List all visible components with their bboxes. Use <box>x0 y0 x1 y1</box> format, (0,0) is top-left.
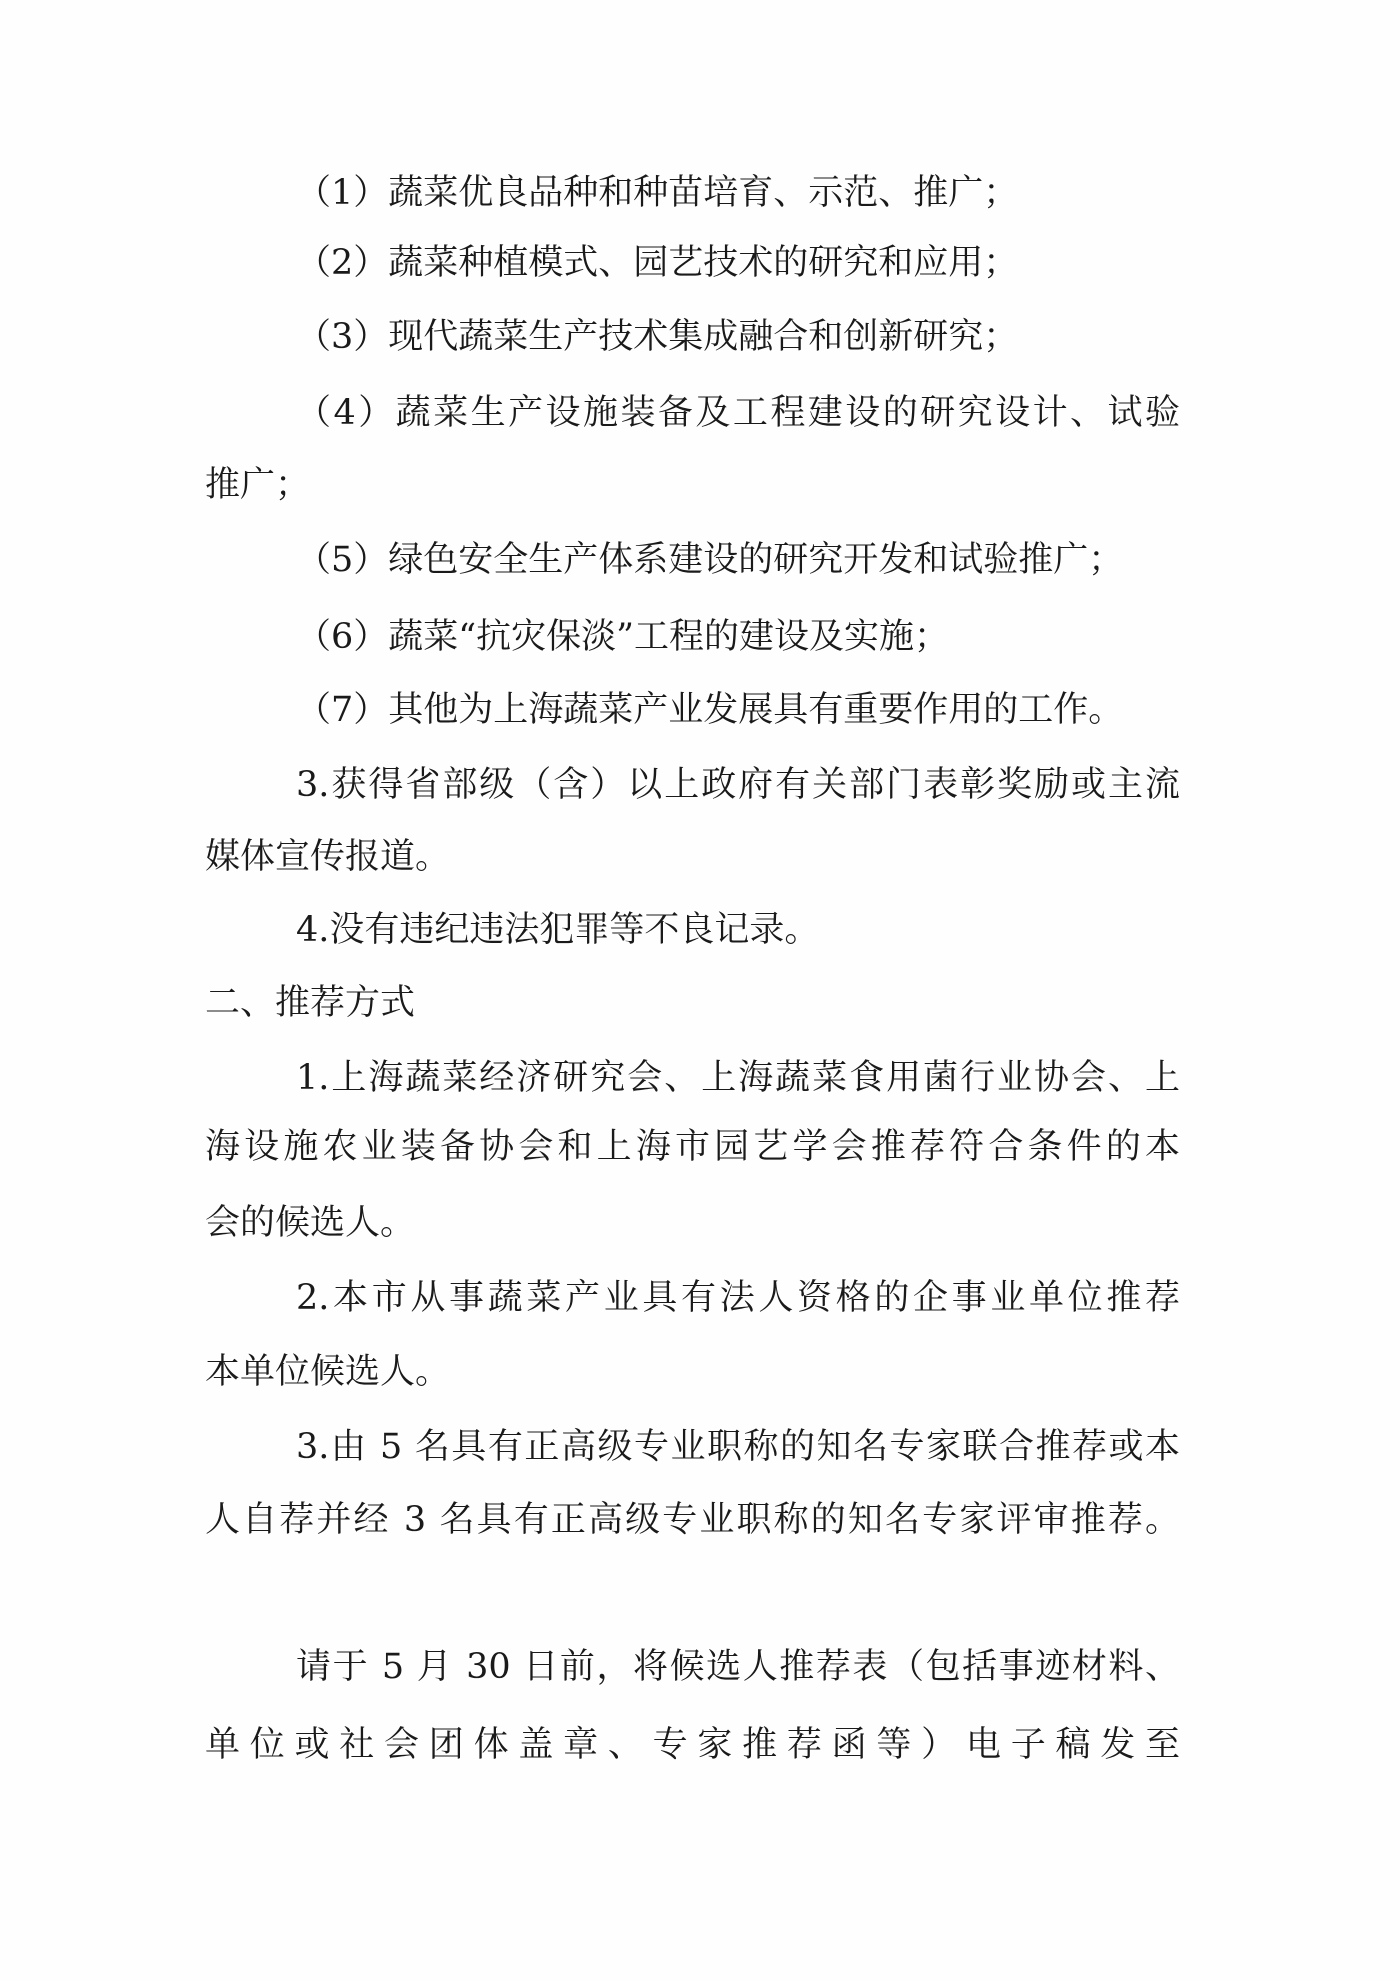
section-heading-recommendation: 二、推荐方式 <box>205 978 1180 1028</box>
condition-4: 4.没有违纪违法犯罪等不良记录。 <box>296 905 1180 955</box>
submission-line2: 单位或社会团体盖章、专家推荐函等）电子稿发至 <box>205 1720 1180 1770</box>
method-2-line1: 2.本市从事蔬菜产业具有法人资格的企事业单位推荐 <box>296 1273 1180 1323</box>
list-item-7: （7）其他为上海蔬菜产业发展具有重要作用的工作。 <box>296 685 1180 735</box>
list-item-3: （3）现代蔬菜生产技术集成融合和创新研究； <box>296 312 1180 362</box>
method-2-line2: 本单位候选人。 <box>205 1347 1180 1397</box>
method-3-line1: 3.由 5 名具有正高级专业职称的知名专家联合推荐或本 <box>296 1422 1180 1472</box>
list-item-4-line2: 推广； <box>205 460 1180 510</box>
list-item-4-line1: （4）蔬菜生产设施装备及工程建设的研究设计、试验 <box>296 388 1180 438</box>
method-1-line3: 会的候选人。 <box>205 1198 1180 1248</box>
document-page: （1）蔬菜优良品种和种苗培育、示范、推广； （2）蔬菜种植模式、园艺技术的研究和… <box>0 0 1400 1981</box>
list-item-2: （2）蔬菜种植模式、园艺技术的研究和应用； <box>296 238 1180 288</box>
method-1-line2: 海设施农业装备协会和上海市园艺学会推荐符合条件的本 <box>205 1122 1180 1172</box>
list-item-6: （6）蔬菜“抗灾保淡”工程的建设及实施； <box>296 612 1180 662</box>
submission-line1: 请于 5 月 30 日前，将候选人推荐表（包括事迹材料、 <box>296 1642 1180 1692</box>
method-1-line1: 1.上海蔬菜经济研究会、上海蔬菜食用菌行业协会、上 <box>296 1053 1180 1103</box>
condition-3-line2: 媒体宣传报道。 <box>205 832 1180 882</box>
method-3-line2: 人自荐并经 3 名具有正高级专业职称的知名专家评审推荐。 <box>205 1495 1180 1545</box>
list-item-1: （1）蔬菜优良品种和种苗培育、示范、推广； <box>296 168 1180 218</box>
condition-3-line1: 3.获得省部级（含）以上政府有关部门表彰奖励或主流 <box>296 760 1180 810</box>
list-item-5: （5）绿色安全生产体系建设的研究开发和试验推广； <box>296 535 1180 585</box>
